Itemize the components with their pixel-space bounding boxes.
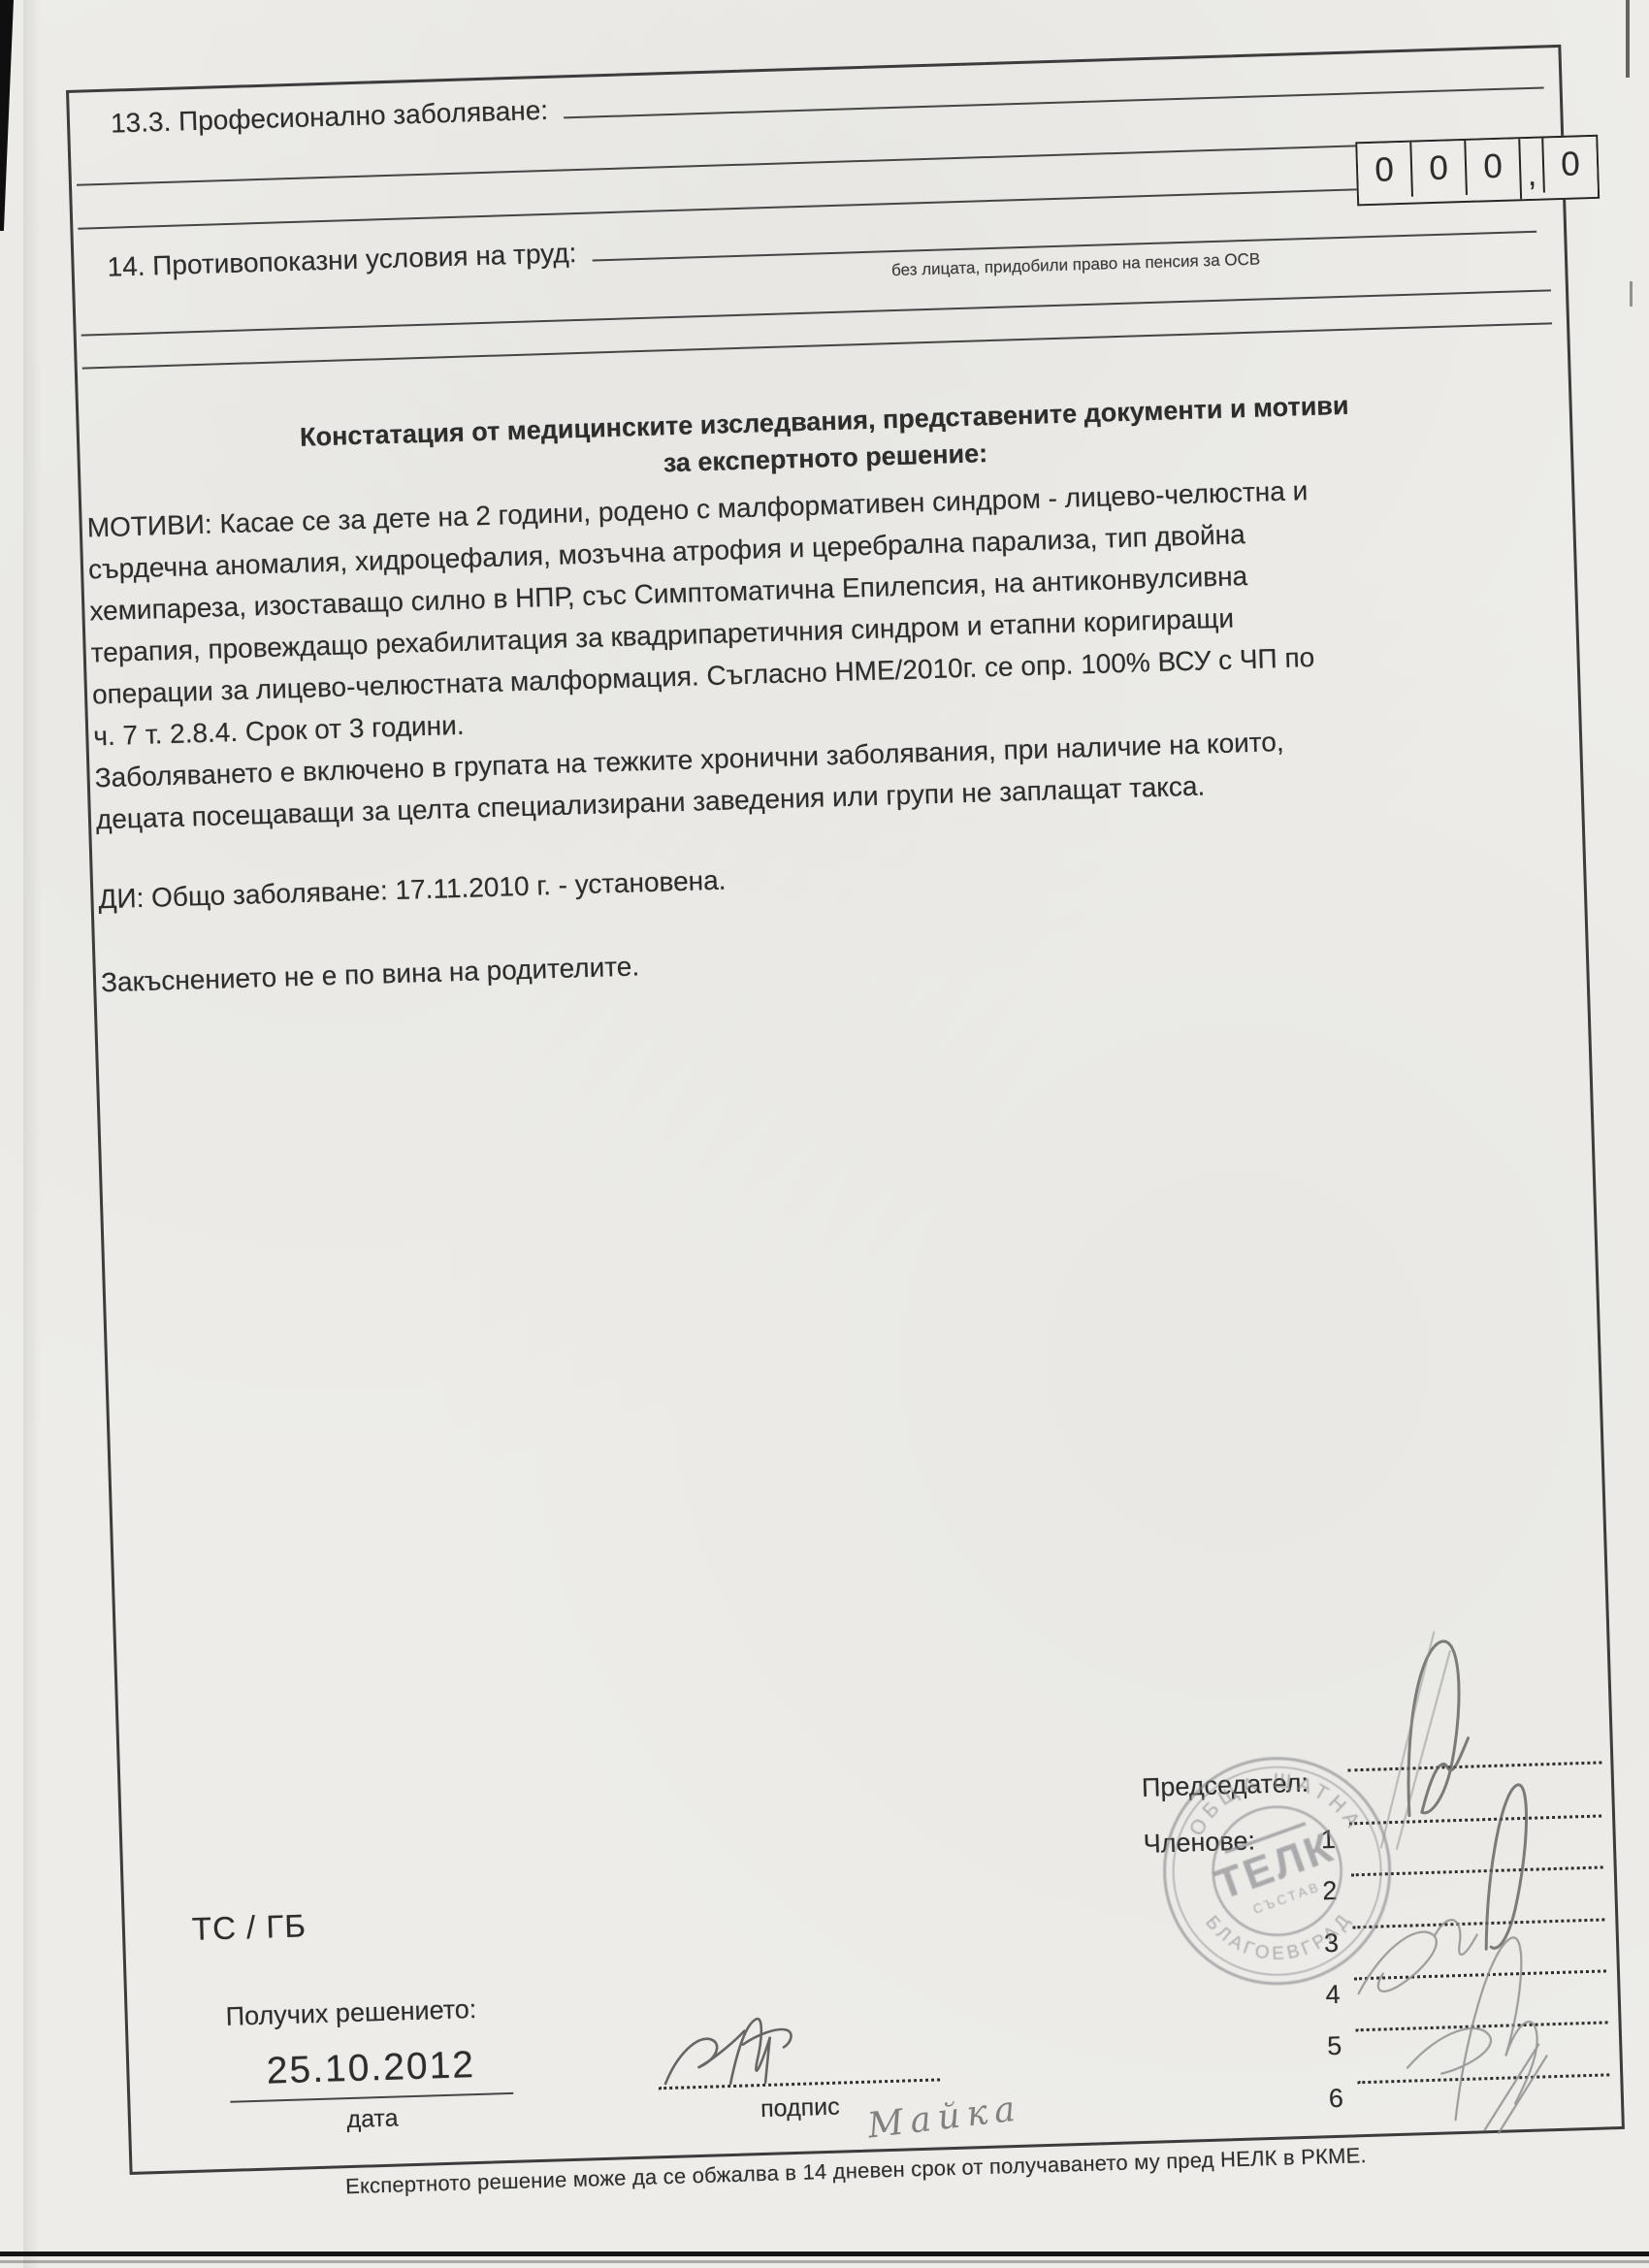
member-number: 2 [1322, 1876, 1346, 1907]
percent-digit-cell: 0 [1409, 141, 1466, 197]
member-number: 3 [1323, 1928, 1347, 1960]
percent-comma-cell: , [1518, 139, 1543, 200]
member-number: 6 [1328, 2083, 1352, 2114]
scan-edge-artifact [0, 2252, 1649, 2256]
di-line1: ДИ: Общо заболяване: 17.11.2010 г. - уст… [98, 843, 1263, 921]
members-label: Членове: [1143, 1826, 1255, 1860]
scan-shadow-streak [23, 0, 41, 2268]
motives-paragraph: МОТИВИ: Касае се за дете на 2 години, ро… [86, 462, 1572, 840]
scanned-medical-decision-page: 13.3. Професионално заболяване: 0 0 0 , … [0, 0, 1649, 2268]
document-page: 13.3. Професионално заболяване: 0 0 0 , … [66, 45, 1628, 2268]
page-frame-border [66, 45, 1625, 2175]
member-number: 1 [1320, 1825, 1344, 1856]
member-number: 4 [1325, 1980, 1349, 2011]
member-number: 5 [1327, 2031, 1351, 2062]
received-date-field: 25.10.2012 [229, 2043, 513, 2094]
di-line2: Закъснението не е по вина на родителите. [100, 926, 1265, 1004]
chairman-label: Председател: [1142, 1768, 1309, 1803]
percent-digit-cell: 0 [1464, 139, 1520, 195]
scan-edge-artifact [1630, 281, 1633, 307]
scan-edge-artifact [0, 2260, 1649, 2263]
initials-ts-gb: ТС / ГБ [191, 1907, 307, 1948]
percent-value-box: 0 0 0 , 0 [1355, 135, 1600, 207]
percent-digit-cell: 0 [1541, 137, 1598, 193]
received-date-value: 25.10.2012 [266, 2044, 475, 2092]
percent-digit-cell: 0 [1357, 143, 1411, 199]
scan-edge-artifact [0, 0, 14, 231]
scan-edge-artifact [1626, 0, 1630, 78]
di-block: ДИ: Общо заболяване: 17.11.2010 г. - уст… [97, 801, 1267, 1046]
